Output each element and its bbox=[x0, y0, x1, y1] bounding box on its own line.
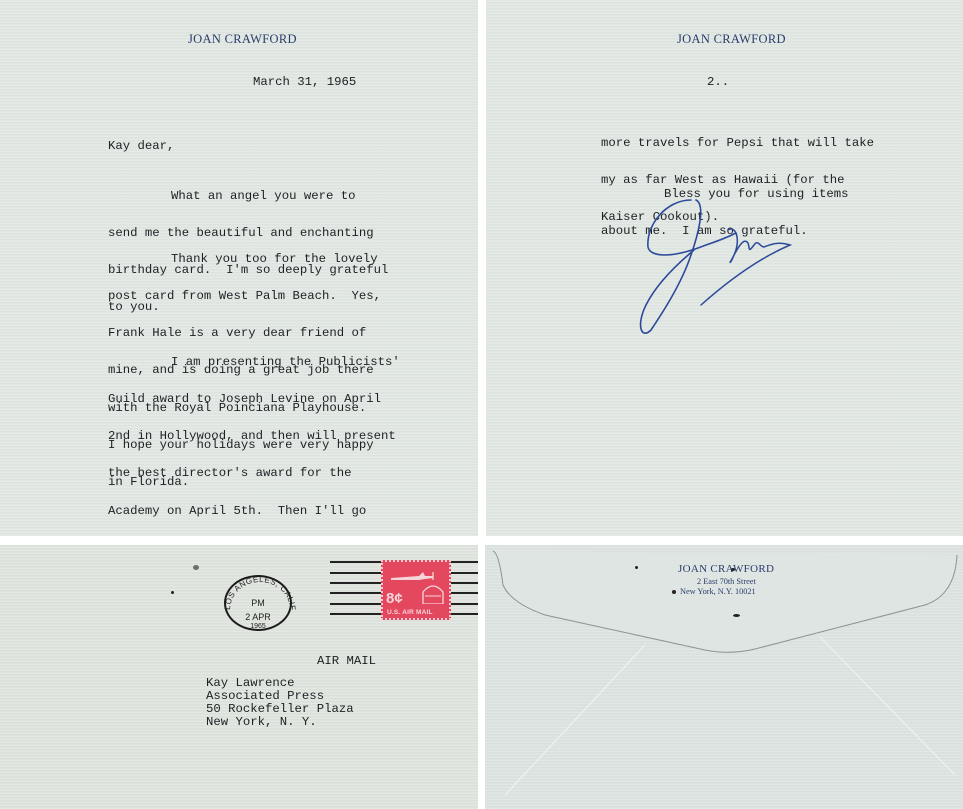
letterhead: JOAN CRAWFORD bbox=[188, 32, 297, 47]
paragraph-3: I am presenting the Publicists' Guild aw… bbox=[108, 331, 400, 536]
airmail-label: AIR MAIL bbox=[317, 654, 376, 668]
postmark-time: PM bbox=[228, 598, 288, 608]
return-street: 2 East 70th Street bbox=[697, 577, 756, 586]
letterhead: JOAN CRAWFORD bbox=[677, 32, 786, 47]
stamp-label: U.S. AIR MAIL bbox=[387, 609, 433, 616]
postmark-year: 1965 bbox=[228, 623, 288, 630]
letter-page-1: JOAN CRAWFORD March 31, 1965 Kay dear, W… bbox=[0, 0, 478, 536]
signature bbox=[636, 195, 806, 340]
recipient-address: Kay Lawrence Associated Press 50 Rockefe… bbox=[206, 677, 354, 729]
return-city: New York, N.Y. 10021 bbox=[680, 587, 756, 596]
letter-date: March 31, 1965 bbox=[253, 76, 356, 88]
page-number: 2.. bbox=[707, 76, 729, 88]
return-name: JOAN CRAWFORD bbox=[678, 563, 778, 575]
salutation: Kay dear, bbox=[108, 140, 174, 152]
postmark-date: 2 APR bbox=[228, 612, 288, 622]
stamp-denomination: 8¢ bbox=[386, 590, 403, 607]
letter-page-2: JOAN CRAWFORD 2.. more travels for Pepsi… bbox=[486, 0, 963, 536]
airmail-stamp: 8¢ U.S. AIR MAIL bbox=[381, 560, 451, 620]
